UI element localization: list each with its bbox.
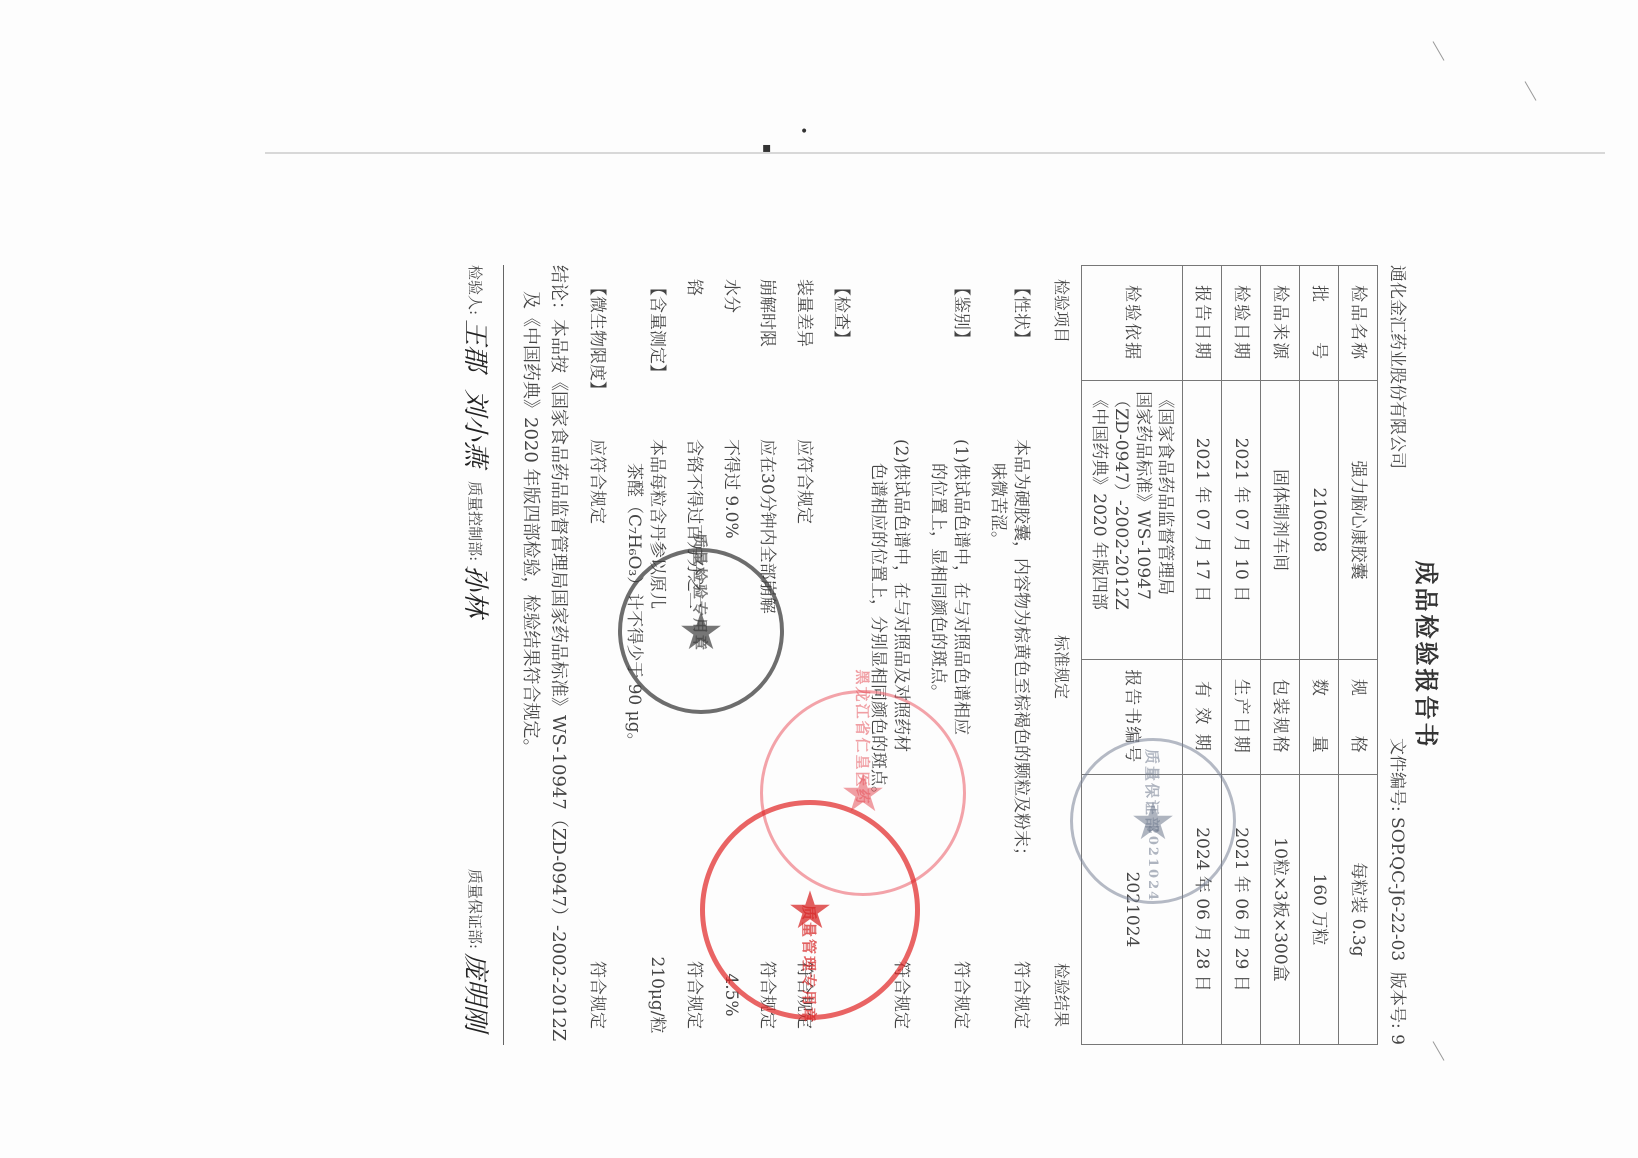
info-value: 210608 bbox=[1300, 381, 1339, 659]
test-item-standard: 本品为硬胶囊，内容物为棕黄色至棕褐色的颗粒及粉末；味微苦涩。 bbox=[986, 419, 1032, 945]
info-value: 每粒装 0.3g bbox=[1339, 774, 1378, 1044]
info-value: 160 万粒 bbox=[1300, 774, 1339, 1044]
test-item-result: 符合规定 bbox=[682, 945, 705, 1045]
info-row: 检品名称强力脑心康胶囊规 格每粒装 0.3g bbox=[1339, 266, 1378, 1045]
conclusion-line-2: 及《中国药典》2020 年版四部检验，检验结果符合规定。 bbox=[516, 265, 544, 1045]
test-item-standard: 应符合规定 bbox=[585, 419, 608, 945]
qc-inspection-stamp: ★ 质量检验专用章 bbox=[618, 548, 784, 714]
test-item: 【微生物限度】应符合规定符合规定 bbox=[585, 265, 608, 1045]
test-item: 【性状】本品为硬胶囊，内容物为棕黄色至棕褐色的颗粒及粉末；味微苦涩。符合规定 bbox=[986, 265, 1032, 1045]
standard-line-1: (1)供试品色谱中，在与对照品色谱相应 bbox=[951, 439, 971, 735]
test-item-name: 水分 bbox=[719, 265, 742, 419]
test-item-name: 【检查】 bbox=[829, 265, 852, 419]
scan-edge-line bbox=[265, 152, 1605, 154]
standard-line-1: 应符合规定 bbox=[587, 439, 607, 524]
version: 9 bbox=[1387, 1034, 1407, 1045]
test-item: 【鉴别】(1)供试品色谱中，在与对照品色谱相应的位置上，显相同颜色的斑点。符合规… bbox=[926, 265, 972, 1045]
scan-artifact: ▪ bbox=[762, 140, 772, 156]
info-value: 固体制剂车间 bbox=[1261, 381, 1300, 659]
test-item-result: 符合规定 bbox=[585, 945, 608, 1045]
standard-line-1: 本品为硬胶囊，内容物为棕黄色至棕褐色的颗粒及粉末； bbox=[1011, 439, 1031, 864]
stamp-text: 质量检验专用章 bbox=[690, 533, 711, 652]
file-no: SOP.QC-J6-22-03 bbox=[1387, 817, 1407, 961]
info-label: 数 量 bbox=[1300, 659, 1339, 774]
col-standard: 标准规定 bbox=[1050, 389, 1072, 945]
basis-line: 国家药品标准》WS-10947 bbox=[1132, 391, 1154, 652]
inspector-label: 检验人: bbox=[464, 265, 484, 315]
basis-line: 《中国药典》2020 年版四部 bbox=[1088, 391, 1110, 652]
info-label: 检品名称 bbox=[1339, 266, 1378, 381]
red-quality-stamp: ★ 质量管理专用章 bbox=[700, 800, 920, 1020]
file-no-label: 文件编号: bbox=[1387, 738, 1407, 812]
info-label: 生产日期 bbox=[1222, 659, 1261, 774]
test-item-result: 符合规定 bbox=[926, 945, 972, 1045]
qa-signature: 庞明刚 bbox=[457, 953, 492, 1031]
info-row-basis: 检验依据《国家食品药品监督管理局国家药品标准》WS-10947（ZD-0947）… bbox=[1082, 266, 1183, 1045]
info-label: 报告日期 bbox=[1183, 266, 1222, 381]
inspector-signature: 王郡 bbox=[457, 319, 492, 371]
info-value: 2021 年 07 月 17 日 bbox=[1183, 381, 1222, 659]
info-label: 检验日期 bbox=[1222, 266, 1261, 381]
info-row: 检品来源固体制剂车间包装规格10粒×3板×300盒 bbox=[1261, 266, 1300, 1045]
qa-department-stamp: ★ 质量保证部 2021024 bbox=[1070, 738, 1236, 904]
test-item-name: 【鉴别】 bbox=[926, 265, 972, 419]
basis-label: 检验依据 bbox=[1082, 266, 1183, 381]
col-result: 检验结果 bbox=[1050, 945, 1072, 1045]
standard-line-2: 味微苦涩。 bbox=[986, 439, 1009, 945]
info-row: 报告日期2021 年 07 月 17 日有 效 期2024 年 06 月 28 … bbox=[1183, 266, 1222, 1045]
info-value: 强力脑心康胶囊 bbox=[1339, 381, 1378, 659]
test-item-result: 210μg/粒 bbox=[622, 945, 668, 1045]
page-title: 成品检验报告书 bbox=[1410, 255, 1442, 1055]
conclusion-line-1: 结论：本品按《国家食品药品监督管理局国家药品标准》WS-10947（ZD-094… bbox=[548, 265, 569, 1041]
test-item-name: 【微生物限度】 bbox=[585, 265, 608, 419]
signature-divider bbox=[503, 265, 504, 1045]
file-info: 文件编号: SOP.QC-J6-22-03 版本号: 9 bbox=[1385, 738, 1408, 1045]
stamp-text: 质量管理专用章 bbox=[799, 905, 820, 1024]
test-item-name bbox=[866, 265, 912, 419]
basis-line: 《国家食品药品监督管理局 bbox=[1154, 391, 1176, 652]
info-value: 2021 年 07 月 10 日 bbox=[1222, 381, 1261, 659]
basis-line: （ZD-0947）-2002-2012Z bbox=[1110, 391, 1132, 652]
standard-line-1: 应符合规定 bbox=[794, 439, 814, 524]
info-row: 批 号210608数 量160 万粒 bbox=[1300, 266, 1339, 1045]
qa-label: 质量保证部: bbox=[464, 869, 484, 949]
test-item-name: 崩解时限 bbox=[756, 265, 779, 419]
info-label: 包装规格 bbox=[1261, 659, 1300, 774]
info-row: 检验日期2021 年 07 月 10 日生产日期2021 年 06 月 29 日 bbox=[1222, 266, 1261, 1045]
sample-info-table: 检品名称强力脑心康胶囊规 格每粒装 0.3g批 号210608数 量160 万粒… bbox=[1081, 265, 1378, 1045]
info-label: 批 号 bbox=[1300, 266, 1339, 381]
standard-line-2: 茶醛（C₇H₆O₃）计不得少于 90 μg。 bbox=[622, 439, 645, 945]
basis-value: 《国家食品药品监督管理局国家药品标准》WS-10947（ZD-0947）-200… bbox=[1082, 381, 1183, 659]
info-label: 规 格 bbox=[1339, 659, 1378, 774]
test-item-name: 【性状】 bbox=[986, 265, 1032, 419]
qc-label: 质量控制部: bbox=[464, 481, 484, 561]
info-label: 检品来源 bbox=[1261, 266, 1300, 381]
conclusion: 结论：本品按《国家食品药品监督管理局国家药品标准》WS-10947（ZD-094… bbox=[516, 265, 572, 1045]
signature-row: 检验人: 王郡 刘小燕 质量控制部: 孙林 质量保证部: 庞明刚 bbox=[457, 265, 492, 1045]
test-item-result: 符合规定 bbox=[986, 945, 1032, 1045]
test-item-name: 装量差异 bbox=[793, 265, 816, 419]
qc-signature: 孙林 bbox=[457, 565, 492, 617]
stamp-number: 2021024 bbox=[1145, 825, 1160, 902]
scan-mark bbox=[1433, 41, 1445, 61]
info-value: 10粒×3板×300盒 bbox=[1261, 774, 1300, 1044]
version-label: 版本号: bbox=[1387, 972, 1407, 1029]
col-item: 检验项目 bbox=[1050, 265, 1072, 389]
report-header: 通化金汇药业股份有限公司 文件编号: SOP.QC-J6-22-03 版本号: … bbox=[1385, 265, 1408, 1045]
scan-artifact: • bbox=[800, 124, 808, 140]
test-item-name: 【含量测定】 bbox=[622, 265, 668, 419]
stamp-text: 黑龙江省仁皇医药 bbox=[852, 669, 873, 805]
stamp-text: 质量保证部 bbox=[1142, 749, 1163, 834]
reviewer-signature: 刘小燕 bbox=[457, 389, 492, 467]
scan-mark bbox=[1525, 81, 1537, 101]
company-name: 通化金汇药业股份有限公司 bbox=[1385, 265, 1408, 469]
standard-line-1: 不得过 9.0% bbox=[721, 439, 741, 539]
items-column-header: 检验项目 标准规定 检验结果 bbox=[1050, 265, 1072, 1045]
test-item-name: 铬 bbox=[682, 265, 705, 419]
